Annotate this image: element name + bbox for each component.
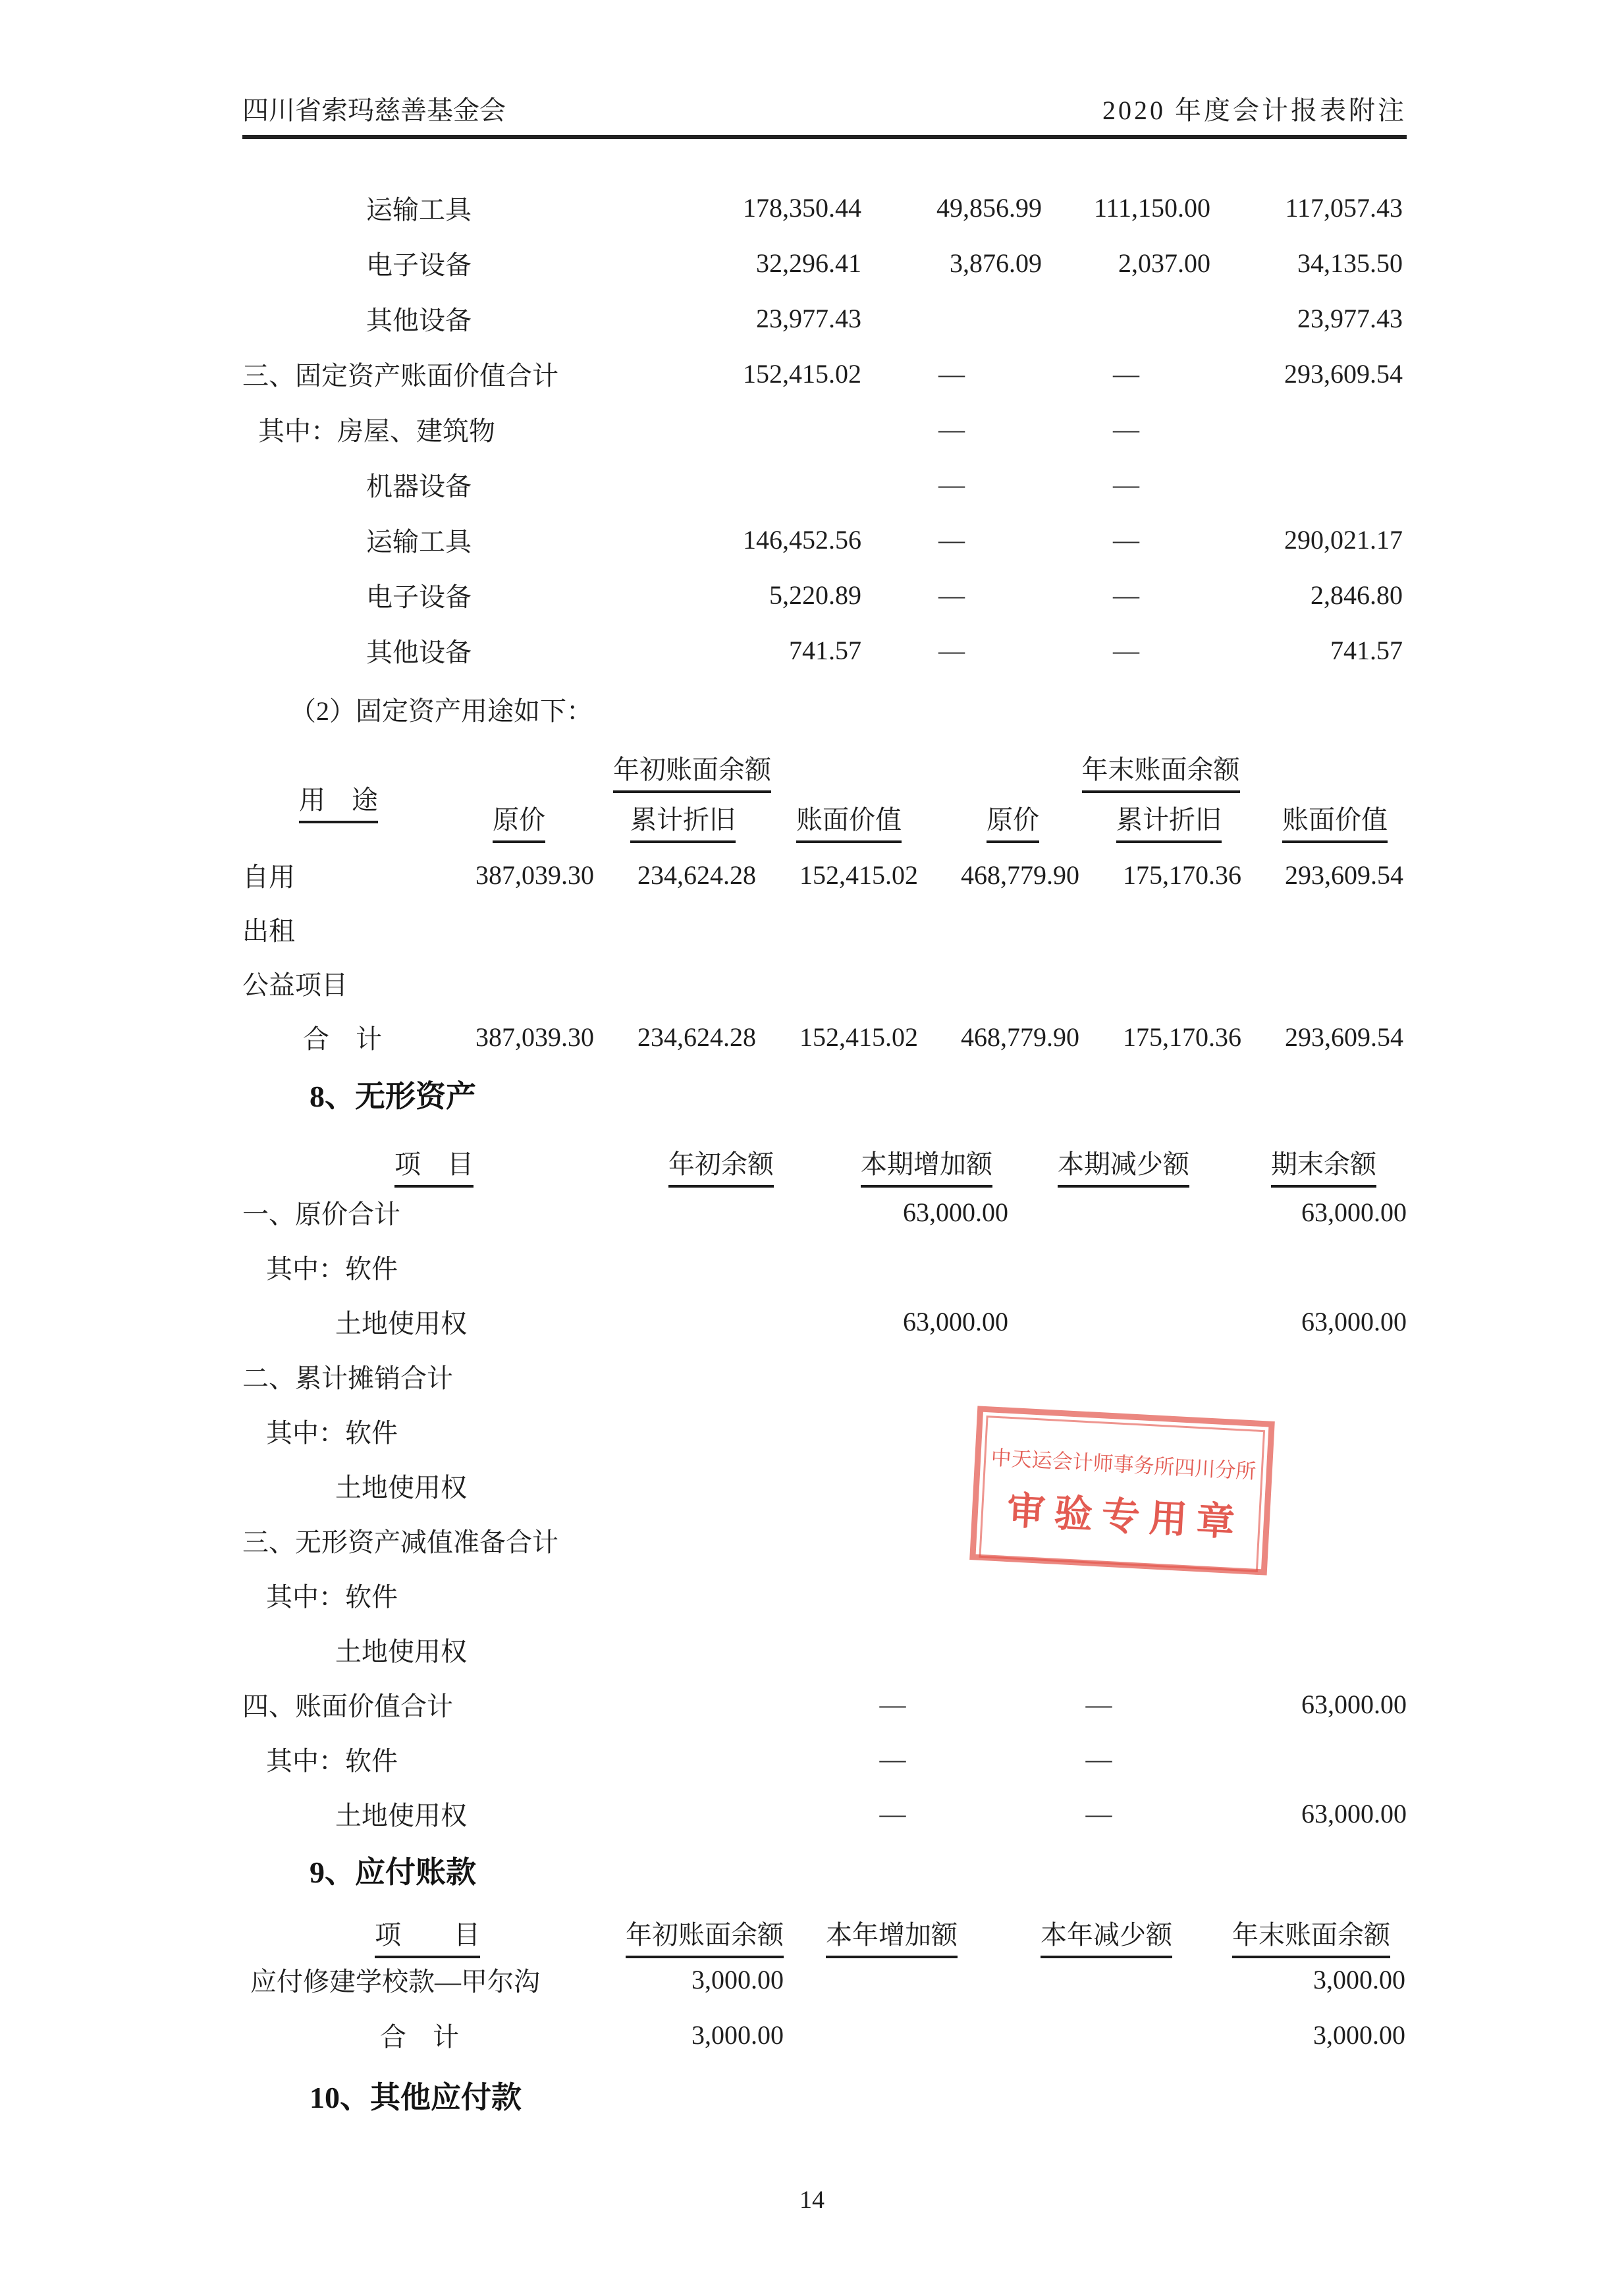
table-total-row: 合 计 387,039.30 234,624.28 152,415.02 468…: [242, 1010, 1403, 1064]
row-label: 其中：软件: [242, 1404, 626, 1458]
amount-cell: [618, 401, 861, 456]
amount-cell: 23,977.43: [1210, 290, 1403, 346]
amount-cell: 152,415.02: [756, 848, 918, 902]
amount-cell: 3,000.00: [612, 1952, 784, 2007]
amount-cell: [1008, 1240, 1189, 1294]
amount-cell: [963, 1952, 1172, 2007]
column-header: 原价: [466, 787, 594, 848]
amount-cell: [1241, 956, 1403, 1010]
dash-cell: —: [861, 456, 1042, 512]
table-header-row: 用 途 年初账面余额 年末账面余额: [242, 748, 1403, 787]
column-header: 项 目: [242, 1139, 626, 1185]
amount-cell: [756, 902, 918, 956]
amount-cell: [1189, 1568, 1407, 1622]
row-label: 土地使用权: [242, 1786, 626, 1841]
amount-cell: [784, 2007, 963, 2062]
table-row: 其他设备 23,977.43 23,977.43: [242, 290, 1403, 346]
column-header: 累计折旧: [594, 787, 756, 848]
table-total-row: 合 计 3,000.00 3,000.00: [242, 2007, 1405, 2062]
amount-cell: [1189, 1240, 1407, 1294]
payables-section-title: 9、应付账款: [310, 1854, 1624, 1891]
amount-cell: 387,039.30: [466, 1010, 594, 1064]
dash-cell: —: [861, 567, 1042, 622]
row-label: 其中：房屋、建筑物: [242, 401, 618, 456]
fixed-assets-table: 运输工具 178,350.44 49,856.99 111,150.00 117…: [242, 180, 1403, 678]
group-header-end: 年末账面余额: [918, 748, 1403, 787]
column-header: 累计折旧: [1079, 787, 1241, 848]
usage-label-header: 用 途: [242, 748, 466, 848]
amount-cell: 293,609.54: [1241, 1010, 1403, 1064]
table-row: 自用 387,039.30 234,624.28 152,415.02 468,…: [242, 848, 1403, 902]
audit-stamp-firm-name: 中天运会计师事务所四川分所: [990, 1441, 1257, 1484]
table-row: 土地使用权: [242, 1622, 1407, 1677]
amount-cell: [777, 1349, 1008, 1404]
amount-cell: 111,150.00: [1042, 180, 1210, 235]
amount-cell: [1210, 401, 1403, 456]
amount-cell: [1008, 1349, 1189, 1404]
amount-cell: [918, 956, 1079, 1010]
table-row: 四、账面价值合计 — — 63,000.00: [242, 1677, 1407, 1732]
amount-cell: [1241, 902, 1403, 956]
audit-stamp: 中天运会计师事务所四川分所 审验专用章: [969, 1406, 1275, 1575]
amount-cell: 290,021.17: [1210, 512, 1403, 567]
amount-cell: [918, 902, 1079, 956]
row-label: 其他设备: [242, 290, 618, 346]
row-label: 土地使用权: [242, 1622, 626, 1677]
payables-table: 项 目 年初账面余额 本年增加额 本年减少额 年末账面余额 应付修建学校款—甲尔…: [242, 1913, 1405, 2062]
dash-cell: —: [1042, 567, 1210, 622]
usage-section-title: （2）固定资产用途如下：: [290, 695, 1624, 728]
row-label: 其中：软件: [242, 1732, 626, 1786]
row-label: 运输工具: [242, 180, 618, 235]
amount-cell: 49,856.99: [861, 180, 1042, 235]
amount-cell: 468,779.90: [918, 1010, 1079, 1064]
column-header: 本期增加额: [777, 1139, 1008, 1185]
table-row: 土地使用权 — — 63,000.00: [242, 1786, 1407, 1841]
row-label: 土地使用权: [242, 1458, 626, 1513]
row-label: 应付修建学校款—甲尔沟: [242, 1952, 612, 2007]
dash-cell: —: [777, 1677, 1008, 1732]
dash-cell: —: [1042, 456, 1210, 512]
amount-cell: 293,609.54: [1210, 346, 1403, 401]
amount-cell: 5,220.89: [618, 567, 861, 622]
amount-cell: 741.57: [1210, 622, 1403, 678]
column-header: 账面价值: [756, 787, 918, 848]
amount-cell: [626, 1732, 777, 1786]
amount-cell: 2,846.80: [1210, 567, 1403, 622]
amount-cell: [626, 1568, 777, 1622]
table-row: 电子设备 5,220.89 — — 2,846.80: [242, 567, 1403, 622]
amount-cell: [1189, 1732, 1407, 1786]
amount-cell: [466, 956, 594, 1010]
audit-stamp-border: 中天运会计师事务所四川分所 审验专用章: [979, 1415, 1265, 1572]
row-label: 电子设备: [242, 235, 618, 290]
audit-stamp-seal-text: 审验专用章: [996, 1479, 1245, 1547]
amount-cell: [626, 1185, 777, 1240]
table-row: 出租: [242, 902, 1403, 956]
table-row: 电子设备 32,296.41 3,876.09 2,037.00 34,135.…: [242, 235, 1403, 290]
row-label: 二、累计摊销合计: [242, 1349, 626, 1404]
amount-cell: [626, 1622, 777, 1677]
amount-cell: 63,000.00: [1189, 1677, 1407, 1732]
row-label: 运输工具: [242, 512, 618, 567]
amount-cell: 3,000.00: [1172, 2007, 1405, 2062]
row-label: 机器设备: [242, 456, 618, 512]
amount-cell: 63,000.00: [777, 1185, 1008, 1240]
amount-cell: 293,609.54: [1241, 848, 1403, 902]
amount-cell: [594, 956, 756, 1010]
dash-cell: —: [1042, 346, 1210, 401]
amount-cell: [777, 1568, 1008, 1622]
amount-cell: 63,000.00: [777, 1294, 1008, 1349]
amount-cell: [626, 1677, 777, 1732]
amount-cell: 2,037.00: [1042, 235, 1210, 290]
amount-cell: [626, 1240, 777, 1294]
column-header: 原价: [918, 787, 1079, 848]
dash-cell: —: [861, 346, 1042, 401]
other-payables-section-title: 10、其他应付款: [310, 2079, 1624, 2116]
amount-cell: [594, 902, 756, 956]
column-header: 年末账面余额: [1172, 1913, 1405, 1952]
amount-cell: 741.57: [618, 622, 861, 678]
amount-cell: [626, 1294, 777, 1349]
row-label: 电子设备: [242, 567, 618, 622]
amount-cell: 146,452.56: [618, 512, 861, 567]
dash-cell: —: [1042, 401, 1210, 456]
dash-cell: —: [777, 1732, 1008, 1786]
amount-cell: 63,000.00: [1189, 1185, 1407, 1240]
amount-cell: [756, 956, 918, 1010]
dash-cell: —: [1008, 1677, 1189, 1732]
page-header: 四川省索玛慈善基金会 2020 年度会计报表附注: [242, 0, 1407, 139]
amount-cell: 32,296.41: [618, 235, 861, 290]
amount-cell: [1008, 1294, 1189, 1349]
row-label: 出租: [242, 902, 466, 956]
column-header: 期末余额: [1189, 1139, 1407, 1185]
table-row: 其中：软件: [242, 1568, 1407, 1622]
table-row: 应付修建学校款—甲尔沟 3,000.00 3,000.00: [242, 1952, 1405, 2007]
amount-cell: [1079, 902, 1241, 956]
column-header: 本期减少额: [1008, 1139, 1189, 1185]
dash-cell: —: [861, 622, 1042, 678]
table-row: 一、原价合计 63,000.00 63,000.00: [242, 1185, 1407, 1240]
amount-cell: 468,779.90: [918, 848, 1079, 902]
amount-cell: [1008, 1185, 1189, 1240]
amount-cell: [1079, 956, 1241, 1010]
document-page: 四川省索玛慈善基金会 2020 年度会计报表附注 运输工具 178,350.44…: [0, 0, 1624, 2281]
row-label: 三、固定资产账面价值合计: [242, 346, 618, 401]
dash-cell: —: [1042, 512, 1210, 567]
amount-cell: [777, 1240, 1008, 1294]
amount-cell: [784, 1952, 963, 2007]
dash-cell: —: [1008, 1732, 1189, 1786]
amount-cell: [1210, 456, 1403, 512]
page-number: 14: [0, 2187, 1624, 2213]
amount-cell: [618, 456, 861, 512]
dash-cell: —: [1042, 622, 1210, 678]
amount-cell: [1042, 290, 1210, 346]
amount-cell: 178,350.44: [618, 180, 861, 235]
column-header: 项 目: [242, 1913, 612, 1952]
table-header-row: 项 目 年初余额 本期增加额 本期减少额 期末余额: [242, 1139, 1407, 1185]
amount-cell: 175,170.36: [1079, 848, 1241, 902]
amount-cell: 23,977.43: [618, 290, 861, 346]
row-label: 合 计: [242, 1010, 466, 1064]
dash-cell: —: [777, 1786, 1008, 1841]
dash-cell: —: [861, 401, 1042, 456]
amount-cell: [777, 1622, 1008, 1677]
usage-table: 用 途 年初账面余额 年末账面余额 原价 累计折旧 账面价值 原价 累计折旧 账…: [242, 748, 1403, 1064]
row-label: 合 计: [242, 2007, 612, 2062]
row-label: 其中：软件: [242, 1240, 626, 1294]
amount-cell: 3,000.00: [1172, 1952, 1405, 2007]
row-label: 一、原价合计: [242, 1185, 626, 1240]
amount-cell: 387,039.30: [466, 848, 594, 902]
amount-cell: 152,415.02: [756, 1010, 918, 1064]
amount-cell: 234,624.28: [594, 1010, 756, 1064]
amount-cell: 152,415.02: [618, 346, 861, 401]
column-header: 年初账面余额: [612, 1913, 784, 1952]
amount-cell: [861, 290, 1042, 346]
amount-cell: 63,000.00: [1189, 1294, 1407, 1349]
amount-cell: [626, 1458, 777, 1513]
amount-cell: 34,135.50: [1210, 235, 1403, 290]
row-label: 土地使用权: [242, 1294, 626, 1349]
amount-cell: [777, 1404, 1008, 1458]
table-row: 土地使用权 63,000.00 63,000.00: [242, 1294, 1407, 1349]
group-header-begin: 年初账面余额: [466, 748, 918, 787]
table-row: 其中：软件 — —: [242, 1732, 1407, 1786]
table-row: 运输工具 178,350.44 49,856.99 111,150.00 117…: [242, 180, 1403, 235]
column-header: 账面价值: [1241, 787, 1403, 848]
table-row: 公益项目: [242, 956, 1403, 1010]
column-header: 本年减少额: [963, 1913, 1172, 1952]
table-row: 其中：房屋、建筑物 — —: [242, 401, 1403, 456]
amount-cell: [1008, 1622, 1189, 1677]
intangible-section-title: 8、无形资产: [310, 1078, 1624, 1115]
table-row: 运输工具 146,452.56 — — 290,021.17: [242, 512, 1403, 567]
column-header: 本年增加额: [784, 1913, 963, 1952]
amount-cell: 3,000.00: [612, 2007, 784, 2062]
amount-cell: [626, 1513, 777, 1568]
amount-cell: 234,624.28: [594, 848, 756, 902]
amount-cell: 117,057.43: [1210, 180, 1403, 235]
amount-cell: [626, 1786, 777, 1841]
amount-cell: [963, 2007, 1172, 2062]
amount-cell: 63,000.00: [1189, 1786, 1407, 1841]
row-label: 其中：软件: [242, 1568, 626, 1622]
organization-name: 四川省索玛慈善基金会: [242, 90, 506, 127]
amount-cell: [1008, 1568, 1189, 1622]
table-row: 三、固定资产账面价值合计 152,415.02 — — 293,609.54: [242, 346, 1403, 401]
row-label: 三、无形资产减值准备合计: [242, 1513, 626, 1568]
amount-cell: [626, 1349, 777, 1404]
row-label: 四、账面价值合计: [242, 1677, 626, 1732]
amount-cell: 175,170.36: [1079, 1010, 1241, 1064]
row-label: 公益项目: [242, 956, 466, 1010]
table-row: 机器设备 — —: [242, 456, 1403, 512]
table-row: 二、累计摊销合计: [242, 1349, 1407, 1404]
amount-cell: [1189, 1622, 1407, 1677]
table-row: 其中：软件: [242, 1240, 1407, 1294]
table-row: 其他设备 741.57 — — 741.57: [242, 622, 1403, 678]
table-header-row: 项 目 年初账面余额 本年增加额 本年减少额 年末账面余额: [242, 1913, 1405, 1952]
amount-cell: [1189, 1349, 1407, 1404]
row-label: 其他设备: [242, 622, 618, 678]
column-header: 年初余额: [626, 1139, 777, 1185]
dash-cell: —: [1008, 1786, 1189, 1841]
dash-cell: —: [861, 512, 1042, 567]
amount-cell: 3,876.09: [861, 235, 1042, 290]
report-title: 2020 年度会计报表附注: [1102, 90, 1407, 127]
amount-cell: [626, 1404, 777, 1458]
amount-cell: [466, 902, 594, 956]
row-label: 自用: [242, 848, 466, 902]
